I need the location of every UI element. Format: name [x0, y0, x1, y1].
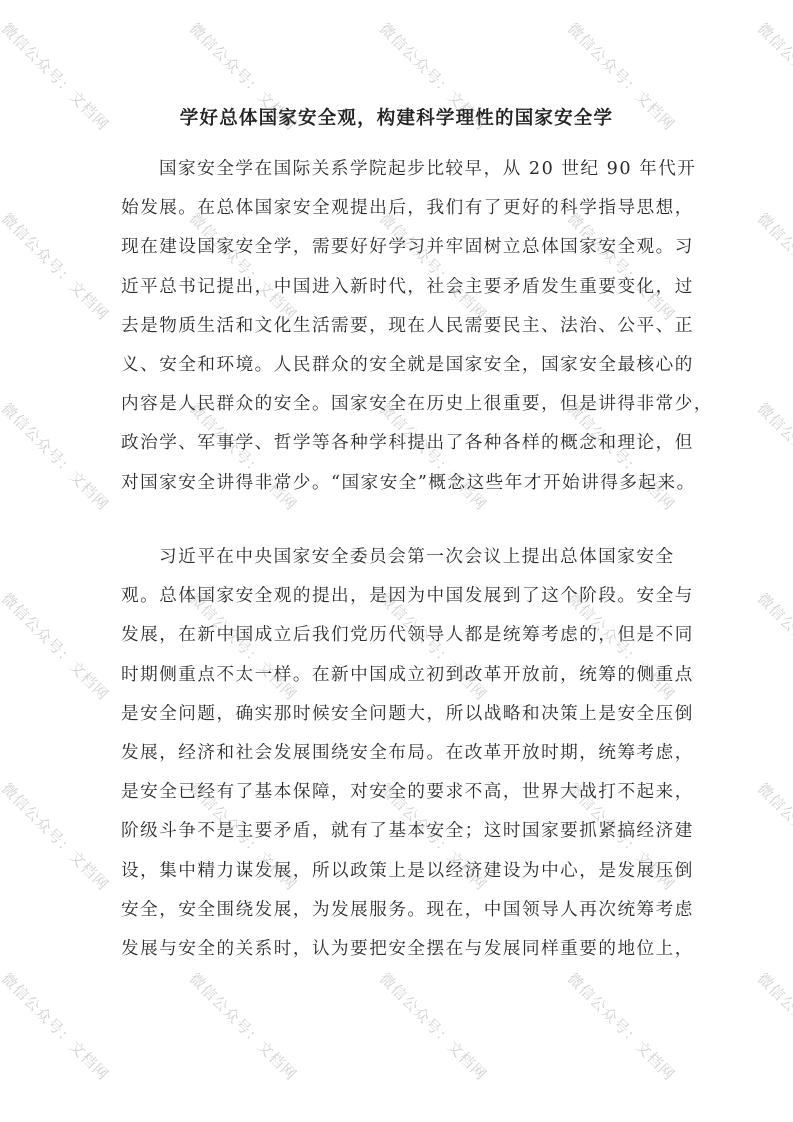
watermark-text: 微信公众号：文档网 [185, 968, 302, 1085]
text-line: 政治学、军事学、哲学等各种学科提出了各种各样的概念和理论，但 [121, 424, 681, 463]
text-line: 始发展。在总体国家安全观提出后，我们有了更好的科学指导思想， [121, 189, 681, 228]
text-line: 阶级斗争不是主要矛盾，就有了基本安全；这时国家要抓紧搞经济建 [121, 812, 681, 851]
text-line: 习近平在中央国家安全委员会第一次会议上提出总体国家安全 [121, 538, 681, 577]
text-line: 近平总书记提出，中国进入新时代，社会主要矛盾发生重要变化，过 [121, 268, 681, 307]
text-line: 对国家安全讲得非常少。“国家安全”概念这些年才开始讲得多起来。 [121, 464, 681, 503]
watermark-text: 微信公众号：文档网 [753, 588, 793, 705]
watermark-text: 微信公众号：文档网 [563, 968, 680, 1085]
text-line: 现在建设国家安全学，需要好好学习并牢固树立总体国家安全观。习 [121, 228, 681, 267]
watermark-text: 微信公众号：文档网 [0, 968, 114, 1085]
watermark-text: 微信公众号：文档网 [0, 588, 114, 705]
watermark-text: 微信公众号：文档网 [753, 208, 793, 325]
text-line: 时期侧重点不太一样。在新中国成立初到改革开放前，统筹的侧重点 [121, 656, 681, 695]
watermark-text: 微信公众号：文档网 [0, 398, 114, 515]
text-line: 去是物质生活和文化生活需要，现在人民需要民主、法治、公平、正 [121, 307, 681, 346]
text-line: 国家安全学在国际关系学院起步比较早，从 20 世纪 90 年代开 [121, 150, 681, 189]
text-line: 安全，安全围绕发展，为发展服务。现在，中国领导人再次统筹考虑 [121, 891, 681, 930]
document-page: 学好总体国家安全观，构建科学理性的国家安全学 国家安全学在国际关系学院起步比较早… [0, 0, 793, 1122]
text-line: 义、安全和环境。人民群众的安全就是国家安全，国家安全最核心的 [121, 346, 681, 385]
watermark-text: 微信公众号：文档网 [0, 208, 114, 325]
text-line: 内容是人民群众的安全。国家安全在历史上很重要，但是讲得非常少， [121, 385, 681, 424]
paragraph-1: 国家安全学在国际关系学院起步比较早，从 20 世纪 90 年代开 始发展。在总体… [121, 150, 681, 503]
paragraph-2: 习近平在中央国家安全委员会第一次会议上提出总体国家安全 观。总体国家安全观的提出… [121, 538, 681, 969]
watermark-text: 微信公众号：文档网 [753, 968, 793, 1085]
text-line: 发展，在新中国成立后我们党历代领导人都是统筹考虑的，但是不同 [121, 616, 681, 655]
text-line: 观。总体国家安全观的提出，是因为中国发展到了这个阶段。安全与 [121, 577, 681, 616]
text-line: 是安全已经有了基本保障，对安全的要求不高，世界大战打不起来， [121, 773, 681, 812]
watermark-text: 微信公众号：文档网 [375, 968, 492, 1085]
text-line: 设，集中精力谋发展，所以政策上是以经济建设为中心，是发展压倒 [121, 852, 681, 891]
text-line: 是安全问题，确实那时候安全问题大，所以战略和决策上是安全压倒 [121, 695, 681, 734]
text-line: 发展与安全的关系时，认为要把安全摆在与发展同样重要的地位上， [121, 930, 681, 969]
watermark-text: 微信公众号：文档网 [753, 778, 793, 895]
document-title: 学好总体国家安全观，构建科学理性的国家安全学 [0, 104, 793, 130]
watermark-text: 微信公众号：文档网 [0, 778, 114, 895]
text-line: 发展，经济和社会发展围绕安全布局。在改革开放时期，统筹考虑， [121, 734, 681, 773]
watermark-text: 微信公众号：文档网 [753, 398, 793, 515]
